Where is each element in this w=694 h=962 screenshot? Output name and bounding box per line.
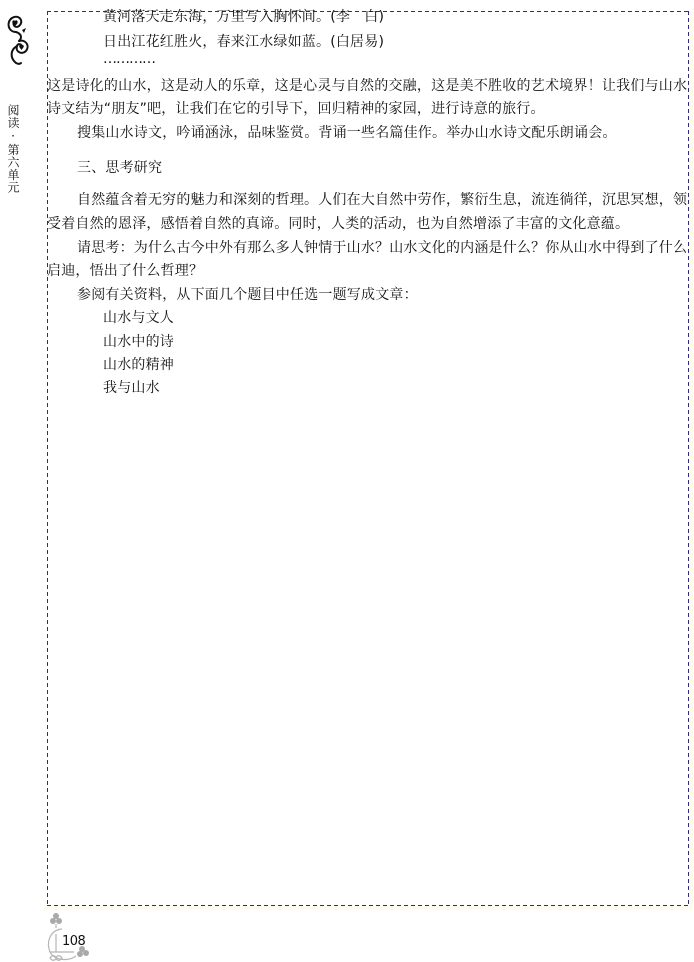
- paragraph-line: 参阅有关资料，从下面几个题目中任选一题写成文章：: [77, 287, 418, 303]
- paragraph-line: 搜集山水诗文，吟诵涵泳，品味鉴赏。背诵一些名篇佳作。举办山水诗文配乐朗诵会。: [77, 125, 617, 141]
- paragraph-line: 启迪，悟出了什么哲理？: [47, 263, 203, 279]
- paragraph-line: 请思考：为什么古今中外有那么多人钟情于山水？山水文化的内涵是什么？你从山水中得到…: [77, 240, 687, 256]
- section-heading: 三、思考研究: [77, 160, 162, 176]
- paragraph-line: 诗文结为“朋友”吧，让我们在它的引导下，回归精神的家园，进行诗意的旅行。: [47, 101, 545, 117]
- page-number: 108: [62, 935, 85, 949]
- paragraph-line: 受着自然的恩泽，感悟着自然的真谛。同时，人类的活动，也为自然增添了丰富的文化意蕴…: [47, 216, 629, 232]
- paragraph-line: 这是诗化的山水，这是动人的乐章，这是心灵与自然的交融，这是美不胜收的艺术境界！让…: [47, 78, 687, 94]
- topic-item: 山水与文人: [103, 310, 174, 326]
- ellipsis: …………: [103, 52, 155, 66]
- textbook-page: 阅读·第六单元 黄河落天走东海，万里写入胸怀间。(李 白) 日出江花红胜火，春来…: [0, 0, 694, 962]
- topic-item: 山水的精神: [103, 357, 174, 373]
- frame-shadow-right: [689, 11, 693, 909]
- topic-item: 山水中的诗: [103, 334, 174, 350]
- frame-border-bottom: [47, 905, 689, 906]
- paragraph-line: 自然蕴含着无穷的魅力和深刻的哲理。人们在大自然中劳作，繁衍生息，流连徜徉，沉思冥…: [77, 192, 687, 208]
- frame-border-right: [688, 11, 689, 906]
- topic-item: 我与山水: [103, 380, 160, 396]
- poem-line: 日出江花红胜火，春来江水绿如蓝。(白居易): [103, 34, 384, 50]
- unit-label: 阅读·第六单元: [5, 104, 21, 194]
- frame-border-left: [47, 11, 48, 906]
- swirl-ornament-icon: [2, 8, 34, 66]
- frame-shadow-bottom: [44, 906, 692, 910]
- poem-line: 黄河落天走东海，万里写入胸怀间。(李 白): [103, 9, 384, 25]
